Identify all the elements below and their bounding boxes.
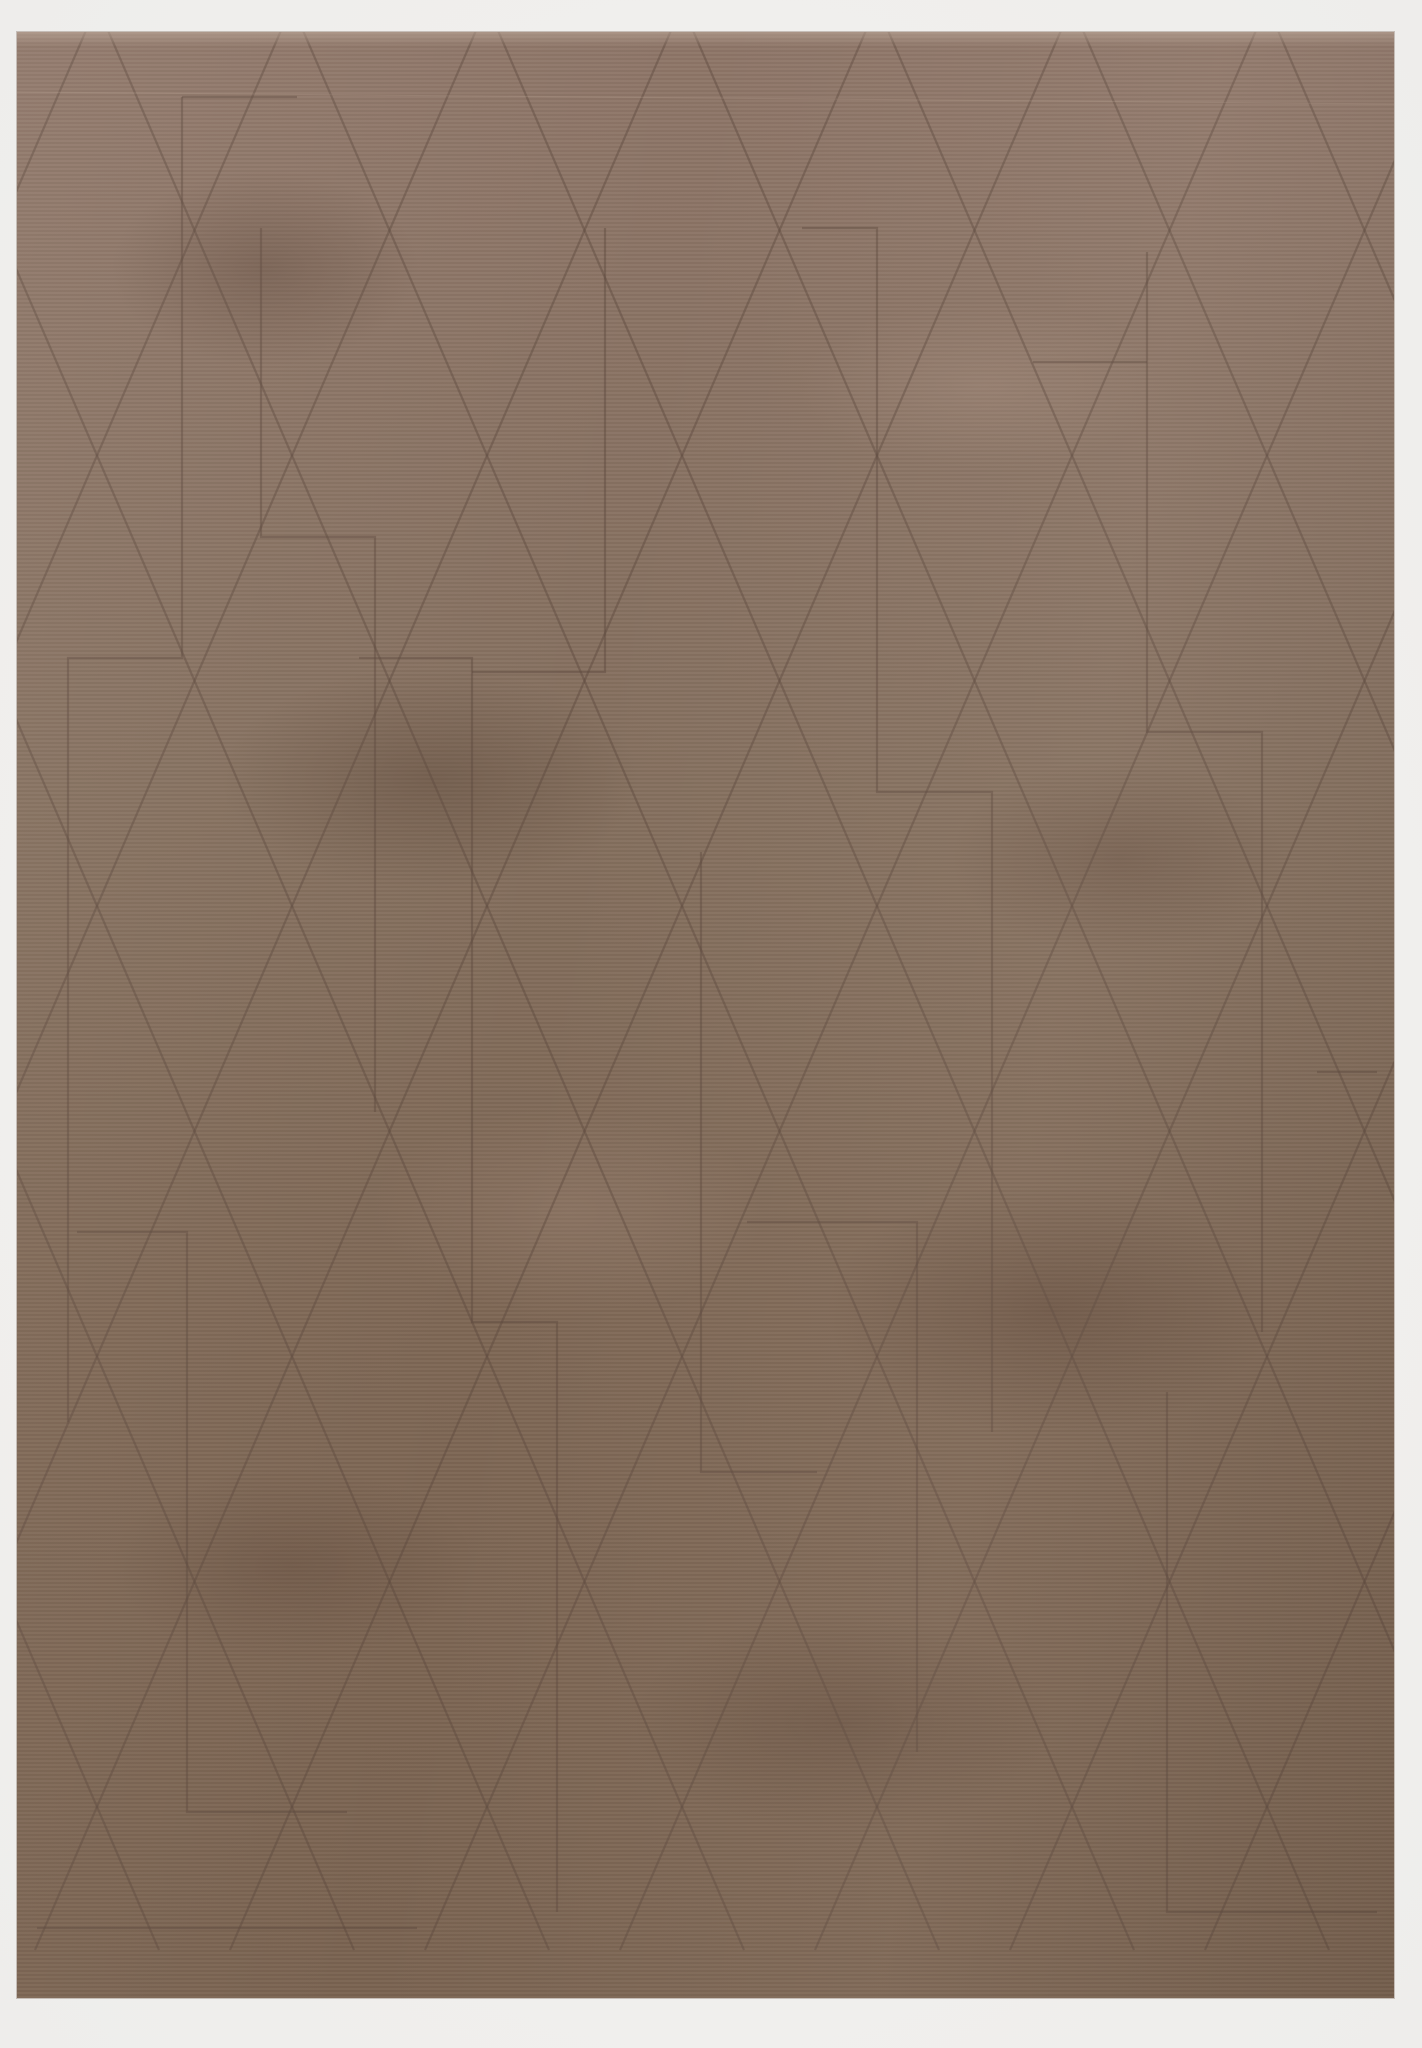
rug [17,32,1394,1998]
rug-sheen [17,32,1394,1998]
